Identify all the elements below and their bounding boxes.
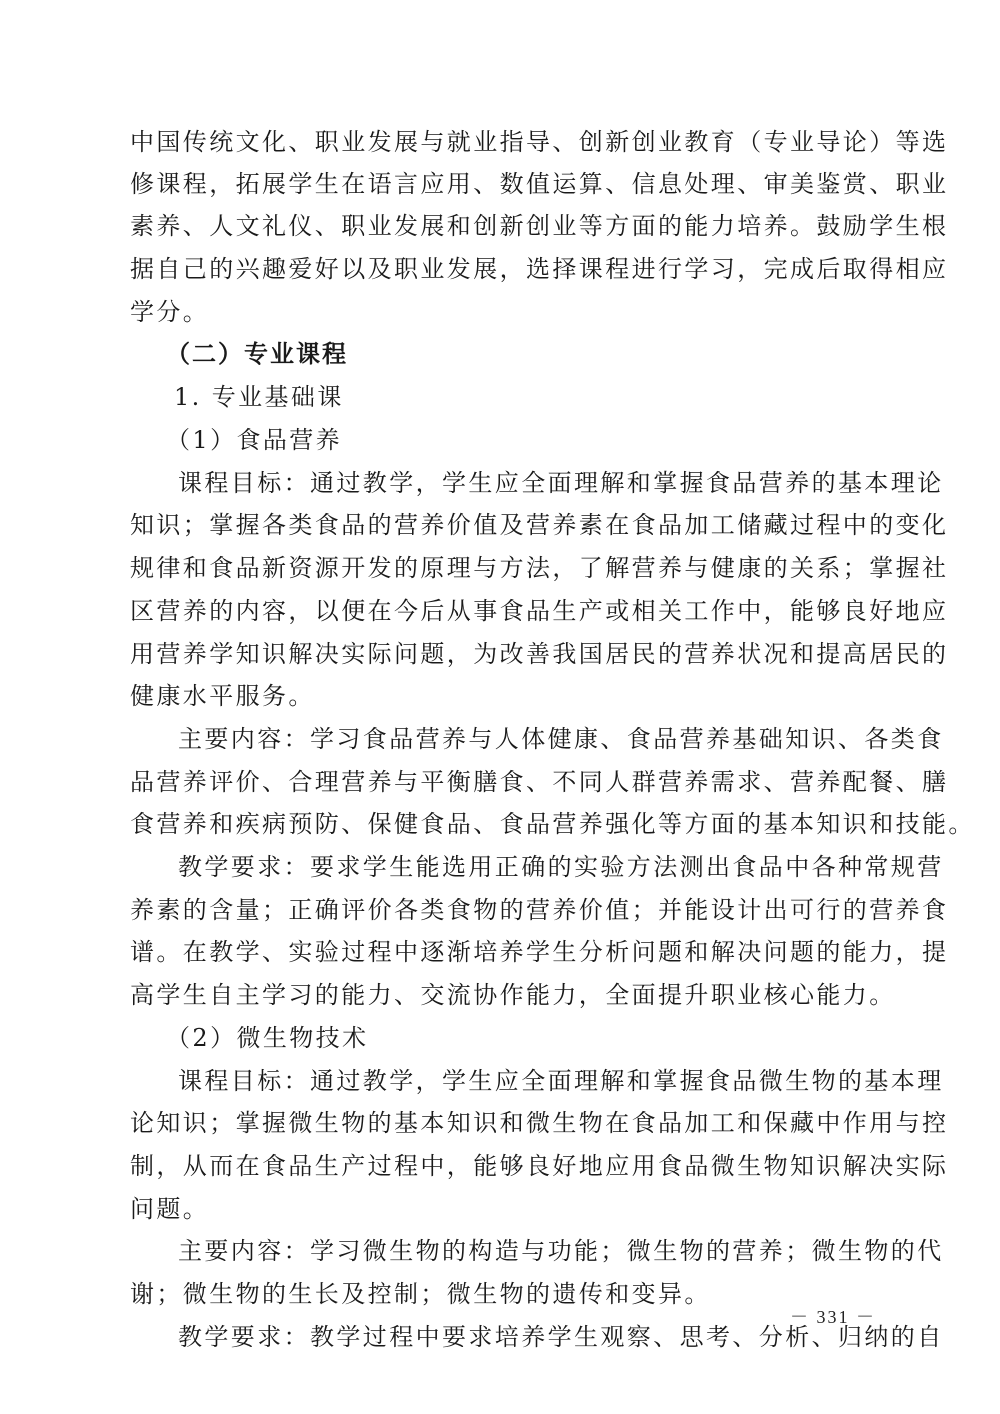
paragraph-line: 学分。 [130,290,872,334]
course-goal-line: 课程目标：通过教学，学生应全面理解和掌握食品微生物的基本理 [178,1059,920,1103]
paragraph-line: 据自己的兴趣爱好以及职业发展，选择课程进行学习，完成后取得相应 [130,247,872,291]
course-requirement-line: 高学生自主学习的能力、交流协作能力，全面提升职业核心能力。 [130,973,872,1017]
course-goal-line: 规律和食品新资源开发的原理与方法，了解营养与健康的关系；掌握社 [130,546,872,590]
course-goal-line: 论知识；掌握微生物的基本知识和微生物在食品加工和保藏中作用与控 [130,1101,872,1145]
course-requirement-line: 养素的含量；正确评价各类食物的营养价值；并能设计出可行的营养食 [130,888,872,932]
course-title-food-nutrition: （1）食品营养 [166,418,908,462]
course-goal-line: 问题。 [130,1187,872,1231]
course-goal-line: 区营养的内容，以便在今后从事食品生产或相关工作中，能够良好地应 [130,589,872,633]
course-goal-line: 健康水平服务。 [130,674,872,718]
course-goal-line: 课程目标：通过教学，学生应全面理解和掌握食品营养的基本理论 [178,461,920,505]
course-requirement-line: 教学要求：要求学生能选用正确的实验方法测出食品中各种常规营 [178,845,920,889]
course-goal-line: 知识；掌握各类食品的营养价值及营养素在食品加工储藏过程中的变化 [130,503,872,547]
course-requirement-line: 谱。在教学、实验过程中逐渐培养学生分析问题和解决问题的能力，提 [130,930,872,974]
course-goal-line: 制，从而在食品生产过程中，能够良好地应用食品微生物知识解决实际 [130,1144,872,1188]
course-content-line: 食营养和疾病预防、保健食品、食品营养强化等方面的基本知识和技能。 [130,802,872,846]
paragraph-line: 修课程，拓展学生在语言应用、数值运算、信息处理、审美鉴赏、职业 [130,162,872,206]
course-content-line: 品营养评价、合理营养与平衡膳食、不同人群营养需求、营养配餐、膳 [130,760,872,804]
section-heading: （二）专业课程 [166,332,908,376]
paragraph-line: 素养、人文礼仪、职业发展和创新创业等方面的能力培养。鼓励学生根 [130,204,872,248]
course-content-line: 谢；微生物的生长及控制；微生物的遗传和变异。 [130,1272,872,1316]
paragraph-line: 中国传统文化、职业发展与就业指导、创新创业教育（专业导论）等选 [130,120,872,164]
page-number: － 331 － [790,1303,876,1329]
course-title-microbiology: （2）微生物技术 [166,1016,908,1060]
course-goal-line: 用营养学知识解决实际问题，为改善我国居民的营养状况和提高居民的 [130,632,872,676]
course-content-line: 主要内容：学习食品营养与人体健康、食品营养基础知识、各类食 [178,717,920,761]
course-content-line: 主要内容：学习微生物的构造与功能；微生物的营养；微生物的代 [178,1229,920,1273]
subsection-heading: 1. 专业基础课 [174,375,916,419]
